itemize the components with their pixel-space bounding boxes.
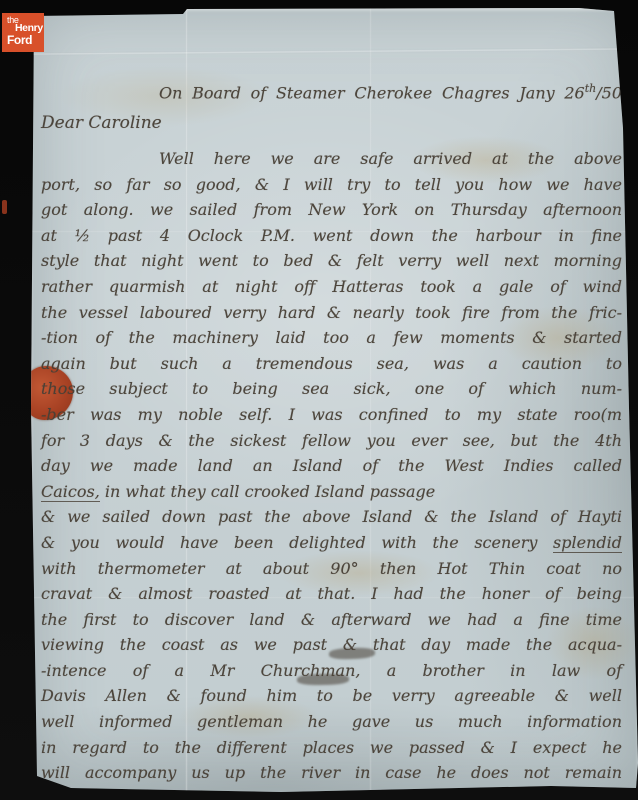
letter-line: -ber was my noble self. I was confined t… xyxy=(41,402,622,428)
letter-line: got along. we sailed from New York on Th… xyxy=(41,197,622,223)
heading-superscript: th xyxy=(585,82,597,95)
fold-crease-horizontal-top xyxy=(31,47,638,55)
letter-line: for 3 days & the sickest fellow you ever… xyxy=(41,428,622,454)
letter-body: Well here we are safe arrived at the abo… xyxy=(41,146,622,786)
letter-line: rather quarmish at night off Hatteras to… xyxy=(41,274,622,300)
letter-line: day we made land an Island of the West I… xyxy=(41,453,622,479)
letter-salutation: Dear Caroline xyxy=(41,104,622,138)
letter-line: will accompany us up the river in case h… xyxy=(41,760,622,786)
letter-line: viewing the coast as we past & that day … xyxy=(41,632,622,658)
heading-dateline: On Board of Steamer Cherokee Chagres Jan… xyxy=(159,83,585,102)
letter-line: cravat & almost roasted at that. I had t… xyxy=(41,581,622,607)
red-mark xyxy=(2,200,7,214)
letter-text: On Board of Steamer Cherokee Chagres Jan… xyxy=(41,74,622,788)
letter-line: -tion of the machinery laid too a few mo… xyxy=(41,325,622,351)
letter-line: & we sailed down past the above Island &… xyxy=(41,504,622,530)
henry-ford-logo: the Henry Ford xyxy=(2,13,44,52)
heading-year: /50 xyxy=(596,83,622,102)
letter-line: well informed gentleman he gave us much … xyxy=(41,709,622,735)
photo-stage: On Board of Steamer Cherokee Chagres Jan… xyxy=(0,0,638,800)
letter-line: with thermometer at about 90° then Hot T… xyxy=(41,556,622,582)
logo-text-ford: Ford xyxy=(7,33,32,47)
letter-heading: On Board of Steamer Cherokee Chagres Jan… xyxy=(41,74,622,104)
letter-line: & you would have been delighted with the… xyxy=(41,530,622,556)
letter-line: those subject to being sea sick, one of … xyxy=(41,376,622,402)
letter-line: Caicos, in what they call crooked Island… xyxy=(41,479,622,505)
letter-line: the first to discover land & afterward w… xyxy=(41,607,622,633)
letter-line: at ½ past 4 Oclock P.M. went down the ha… xyxy=(41,223,622,249)
letter-line: Davis Allen & found him to be verry agre… xyxy=(41,683,622,709)
letter-line: the vessel laboured verry hard & nearly … xyxy=(41,300,622,326)
letter-line: style that night went to bed & felt verr… xyxy=(41,248,622,274)
letter-line: Well here we are safe arrived at the abo… xyxy=(41,146,622,172)
letter-line: in regard to the different places we pas… xyxy=(41,735,622,761)
letter-line: port, so far so good, & I will try to te… xyxy=(41,172,622,198)
letter-line: -intence of a Mr Churchman, a brother in… xyxy=(41,658,622,684)
letter-paper: On Board of Steamer Cherokee Chagres Jan… xyxy=(31,8,638,792)
letter-line: again but such a tremendous sea, was a c… xyxy=(41,351,622,377)
